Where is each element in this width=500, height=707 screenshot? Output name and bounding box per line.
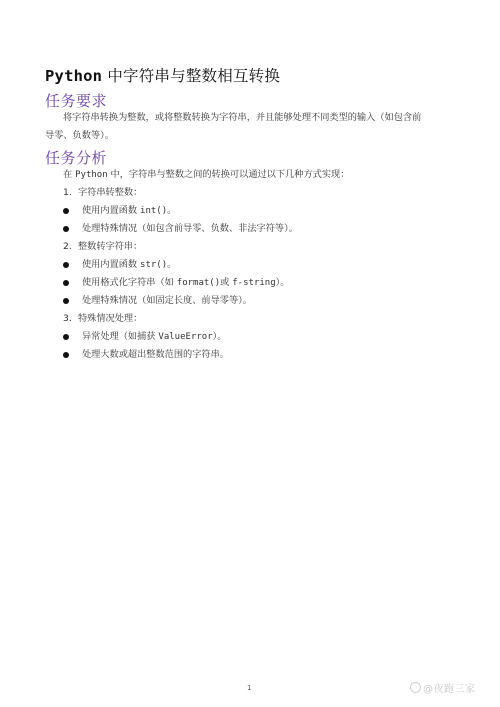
item-label: 整数转字符串： (78, 241, 142, 252)
numbered-item-2: 2.整数转字符串： (63, 241, 142, 253)
title-code: Python (45, 67, 102, 85)
bullet-icon (63, 334, 69, 340)
bullet-text: 异常处理（如捕获 (82, 331, 158, 342)
list-item: 异常处理（如捕获 ValueError）。 (82, 331, 226, 343)
item-number: 3. (63, 313, 78, 325)
bullet-code: str() (140, 260, 167, 270)
numbered-item-1: 1.字符串转整数： (63, 187, 142, 199)
numbered-item-3: 3.特殊情况处理： (63, 313, 142, 325)
page-number: 1 (247, 684, 251, 692)
bullet-text: 处理特殊情况（如固定长度、前导零等）。 (82, 295, 252, 306)
bullet-icon (63, 226, 69, 232)
bullet-text: 使用内置函数 (82, 205, 140, 216)
watermark: @夜跑三家 (410, 680, 476, 695)
intro-code: Python (75, 170, 108, 180)
list-item: 处理特殊情况（如包含前导零、负数、非法字符等）。 (82, 223, 298, 235)
item-number: 2. (63, 241, 78, 253)
requirements-paragraph-line1: 将字符串转换为整数，或将整数转换为字符串，并且能够处理不同类型的输入（如包含前 (63, 112, 421, 124)
bullet-suffix: 。 (167, 259, 176, 270)
bullet-icon (63, 298, 69, 304)
list-item: 处理特殊情况（如固定长度、前导零等）。 (82, 295, 252, 307)
section-heading-analysis: 任务分析 (45, 147, 107, 168)
item-number: 1. (63, 187, 78, 199)
intro-suffix: 中，字符串与整数之间的转换可以通过以下几种方式实现： (108, 169, 350, 180)
intro-prefix: 在 (63, 169, 75, 180)
bullet-text: 处理大数或超出整数范围的字符串。 (82, 349, 229, 360)
bullet-suffix: ）。 (276, 277, 290, 288)
title-text: 中字符串与整数相互转换 (102, 67, 280, 85)
bullet-suffix: 。 (167, 205, 176, 216)
requirements-paragraph-line2: 导零、负数等）。 (45, 130, 114, 142)
item-label: 字符串转整数： (78, 187, 142, 198)
document-title: Python 中字符串与整数相互转换 (45, 64, 280, 86)
watermark-text: @夜跑三家 (423, 684, 476, 695)
bullet-icon (63, 262, 69, 268)
bullet-text: 处理特殊情况（如包含前导零、负数、非法字符等）。 (82, 223, 298, 234)
item-label: 特殊情况处理： (78, 313, 142, 324)
analysis-intro: 在 Python 中，字符串与整数之间的转换可以通过以下几种方式实现： (63, 169, 349, 181)
bullet-text: 使用格式化字符串（如 (82, 277, 177, 288)
bullet-icon (63, 208, 69, 214)
bullet-suffix: ）。 (213, 331, 227, 342)
section-heading-requirements: 任务要求 (45, 90, 107, 111)
bullet-code: ValueError (158, 332, 212, 342)
bullet-mid: 或 (220, 277, 232, 288)
list-item: 使用格式化字符串（如 format()或 f-string）。 (82, 277, 289, 289)
list-item: 使用内置函数 int()。 (82, 205, 176, 217)
list-item: 处理大数或超出整数范围的字符串。 (82, 349, 229, 361)
list-item: 使用内置函数 str()。 (82, 259, 176, 271)
document-page: Python 中字符串与整数相互转换 任务要求 将字符串转换为整数，或将整数转换… (0, 0, 500, 707)
bullet-code: int() (140, 206, 167, 216)
flower-logo-icon (410, 682, 421, 693)
bullet-icon (63, 280, 69, 286)
bullet-code: format() (177, 278, 220, 288)
bullet-icon (63, 352, 69, 358)
bullet-text: 使用内置函数 (82, 259, 140, 270)
bullet-code2: f-string (232, 278, 275, 288)
